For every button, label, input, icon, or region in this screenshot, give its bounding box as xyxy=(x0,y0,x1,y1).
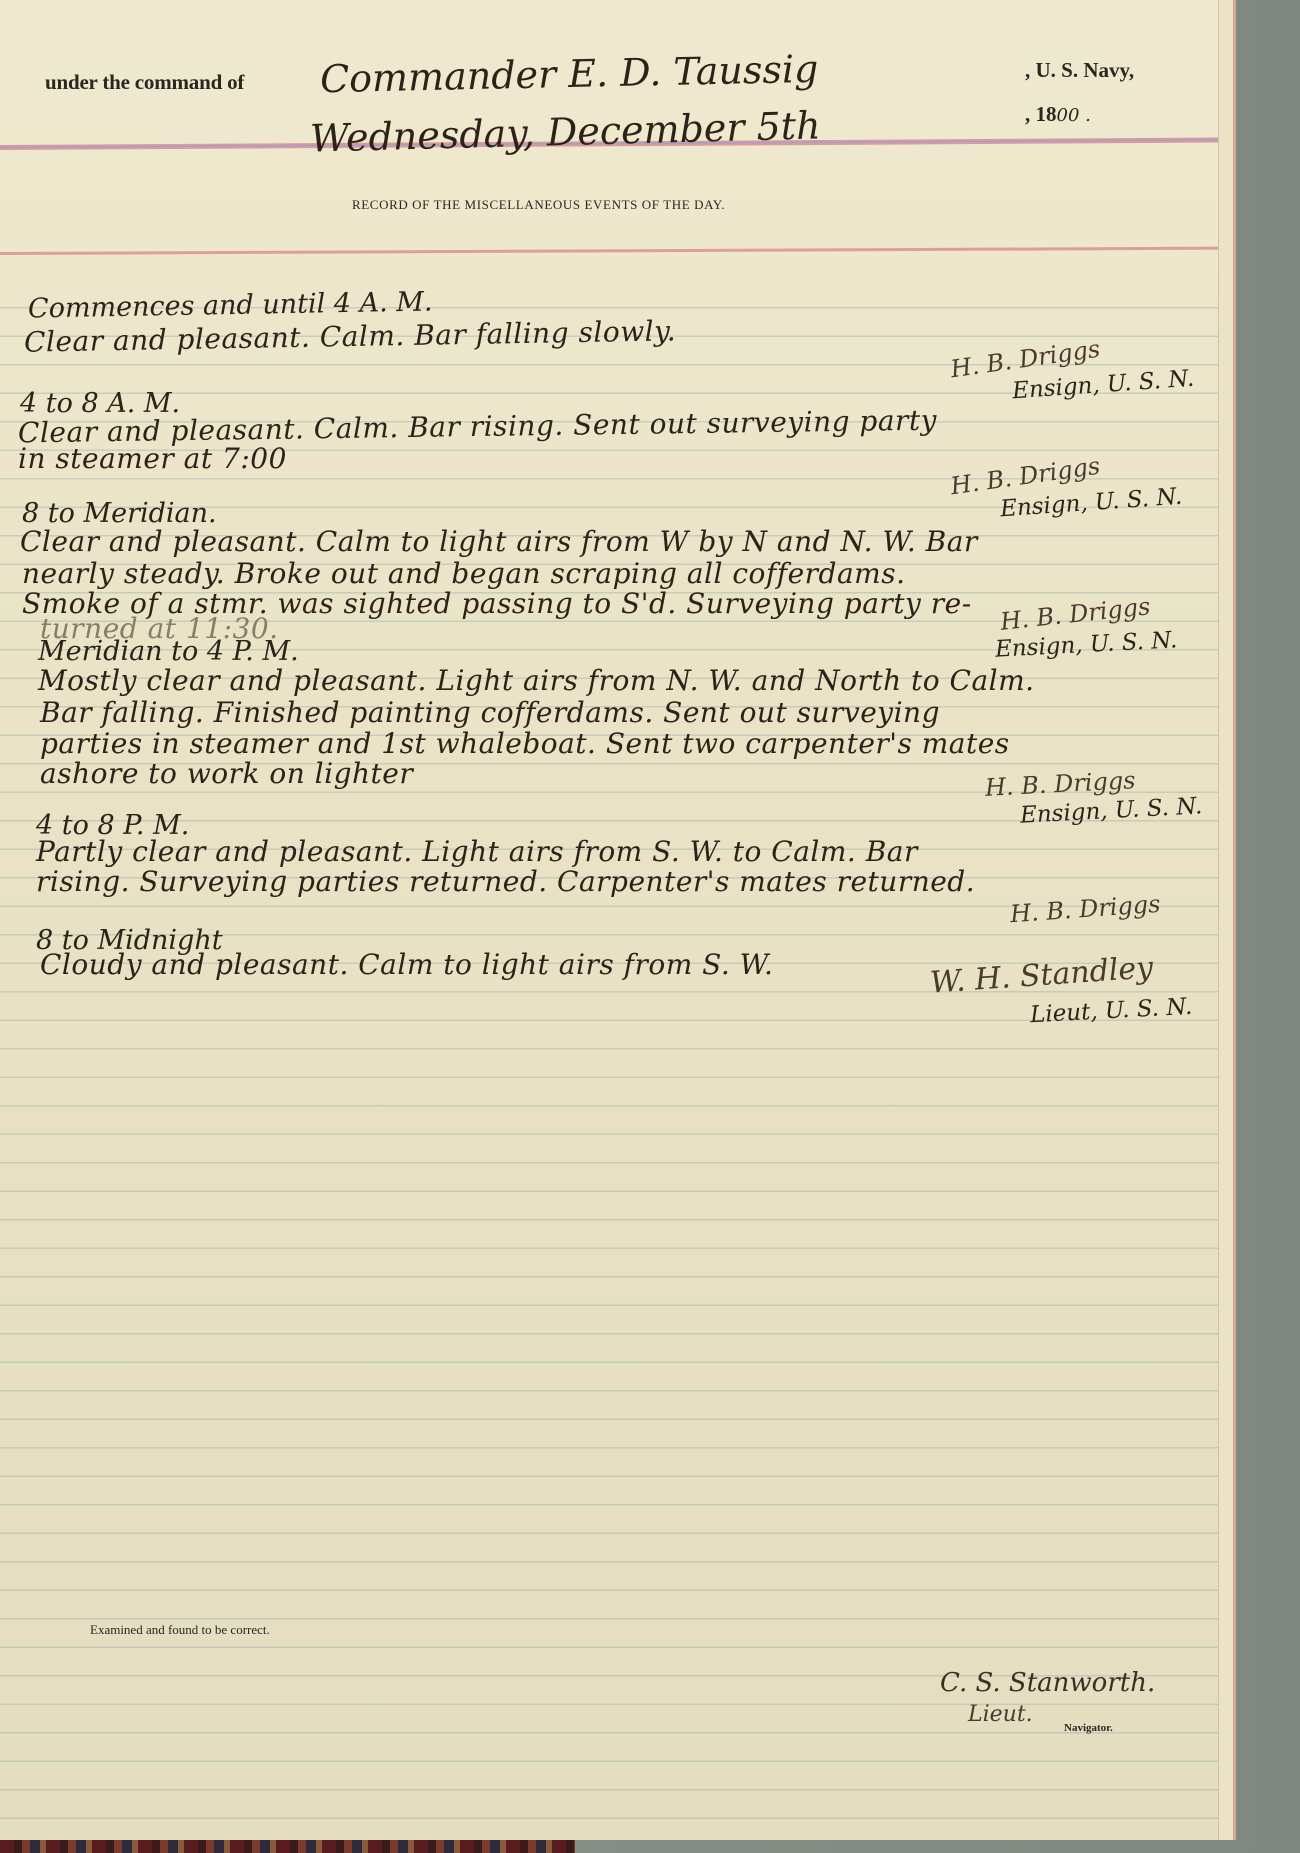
service-label: , U. S. Navy, xyxy=(1025,58,1134,83)
page-margin-strip xyxy=(1218,0,1233,1840)
log-line: Partly clear and pleasant. Light airs fr… xyxy=(36,835,918,868)
examined-statement: Examined and found to be correct. xyxy=(90,1622,270,1638)
section-rule xyxy=(0,247,1218,255)
marbled-book-edge xyxy=(0,1840,575,1853)
command-label: under the command of xyxy=(45,70,244,95)
log-line: in steamer at 7:00 xyxy=(18,442,287,475)
watch-heading: Meridian to 4 P. M. xyxy=(38,636,299,667)
year-field: , 1800 . xyxy=(1025,102,1091,127)
commander-name: Commander E. D. Taussig xyxy=(320,47,819,101)
log-date: Wednesday, December 5th xyxy=(310,103,822,160)
log-line: parties in steamer and 1st whaleboat. Se… xyxy=(40,727,1010,760)
log-line: nearly steady. Broke out and began scrap… xyxy=(22,557,906,590)
navigator-label: Navigator. xyxy=(1064,1722,1113,1734)
log-line: Bar falling. Finished painting cofferdam… xyxy=(40,696,940,729)
log-line: ashore to work on lighter xyxy=(40,757,413,790)
log-line: Cloudy and pleasant. Calm to light airs … xyxy=(40,948,773,981)
log-line: rising. Surveying parties returned. Carp… xyxy=(36,865,975,898)
log-line: Mostly clear and pleasant. Light airs fr… xyxy=(38,664,1035,697)
navigator-rank-handwritten: Lieut. xyxy=(968,1702,1033,1727)
logbook-page: under the command of Commander E. D. Tau… xyxy=(0,0,1234,1840)
navigator-signature: C. S. Stanworth. xyxy=(940,1668,1155,1698)
section-title: RECORD OF THE MISCELLANEOUS EVENTS OF TH… xyxy=(352,197,725,213)
year-suffix: 00 . xyxy=(1057,105,1091,126)
log-line: Clear and pleasant. Calm to light airs f… xyxy=(20,525,978,558)
year-prefix: , 18 xyxy=(1025,102,1057,126)
